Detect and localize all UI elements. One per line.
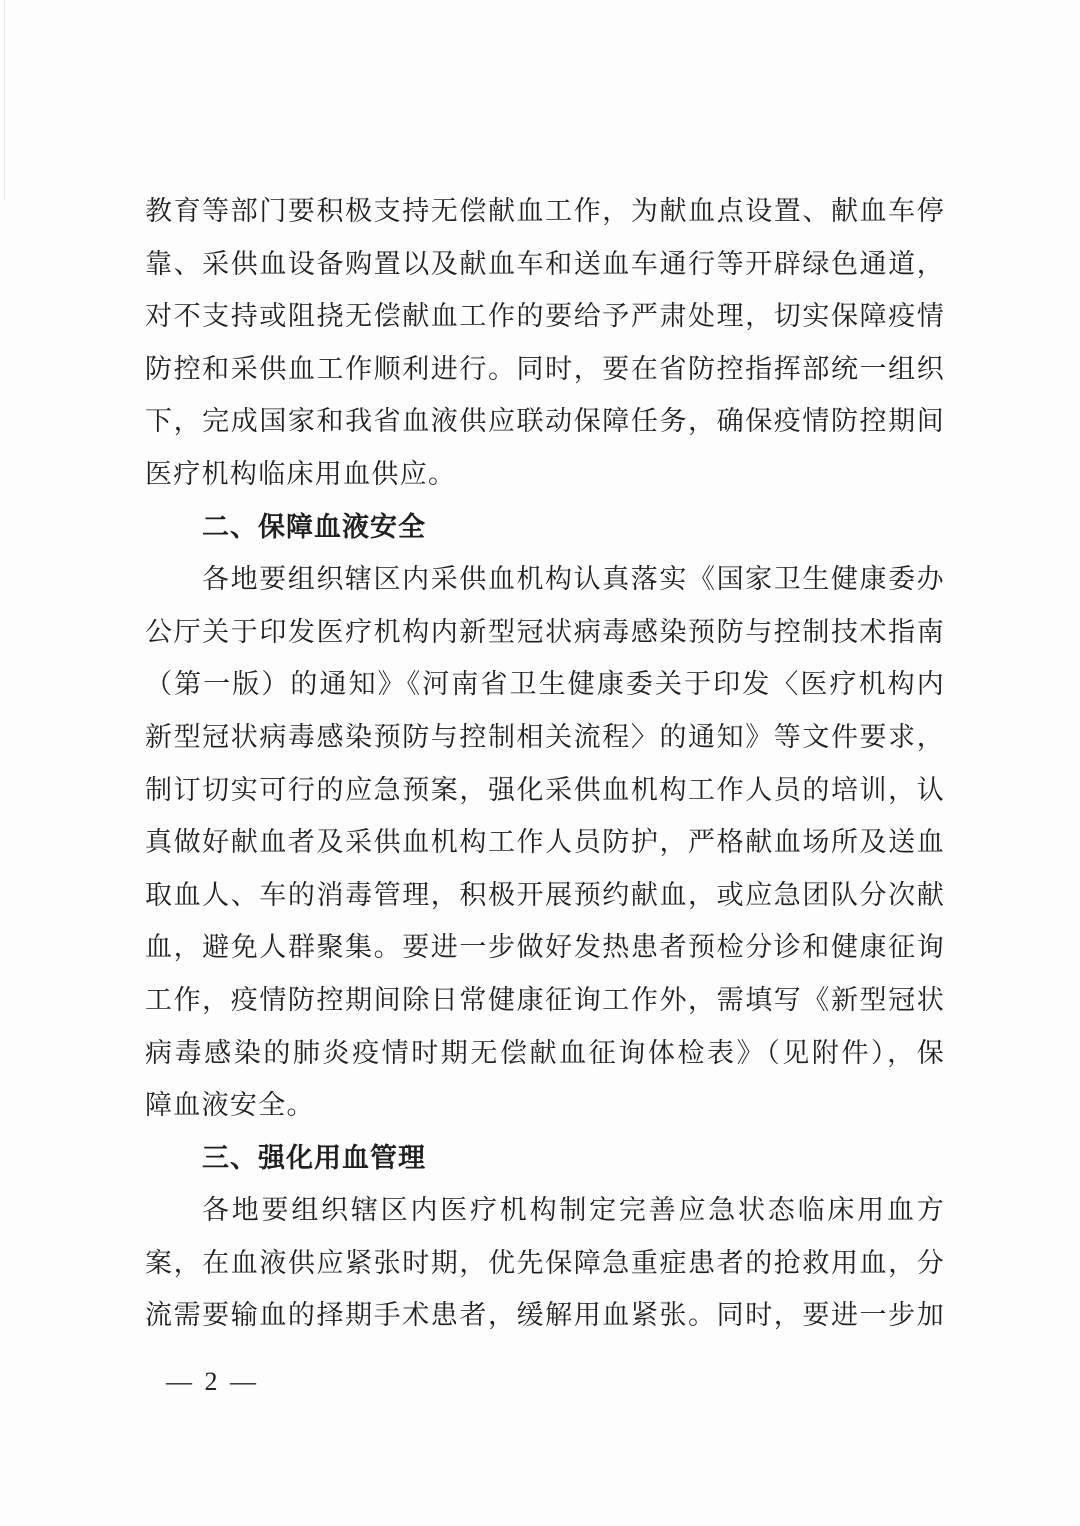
page-number: — 2 — bbox=[166, 1367, 259, 1397]
text-line: 靠、采供血设备购置以及献血车和送血车通行等开辟绿色通道， bbox=[145, 239, 945, 292]
text-line: 下，完成国家和我省血液供应联动保障任务，确保疫情防控期间 bbox=[145, 396, 945, 449]
document-body: 教育等部门要积极支持无偿献血工作，为献血点设置、献血车停 靠、采供血设备购置以及… bbox=[145, 186, 945, 1343]
paragraph-continuation: 教育等部门要积极支持无偿献血工作，为献血点设置、献血车停 靠、采供血设备购置以及… bbox=[145, 186, 945, 502]
text-line: 制订切实可行的应急预案，强化采供血机构工作人员的培训，认 bbox=[145, 765, 945, 818]
text-line: 防控和采供血工作顺利进行。同时，要在省防控指挥部统一组织 bbox=[145, 344, 945, 397]
text-line: 对不支持或阻挠无偿献血工作的要给予严肃处理，切实保障疫情 bbox=[145, 291, 945, 344]
section-heading: 二、保障血液安全 bbox=[145, 502, 945, 555]
text-line: （第一版）的通知》《河南省卫生健康委关于印发〈医疗机构内 bbox=[145, 659, 945, 712]
text-line: 真做好献血者及采供血机构工作人员防护，严格献血场所及送血 bbox=[145, 817, 945, 870]
text-line: 流需要输血的择期手术患者，缓解用血紧张。同时，要进一步加 bbox=[145, 1290, 945, 1343]
section-heading: 三、强化用血管理 bbox=[145, 1133, 945, 1186]
text-line: 新型冠状病毒感染预防与控制相关流程〉的通知》等文件要求， bbox=[145, 712, 945, 765]
document-page: 教育等部门要积极支持无偿献血工作，为献血点设置、献血车停 靠、采供血设备购置以及… bbox=[0, 0, 1080, 1526]
text-line: 各地要组织辖区内医疗机构制定完善应急状态临床用血方 bbox=[145, 1185, 945, 1238]
section-blood-use-management: 三、强化用血管理 各地要组织辖区内医疗机构制定完善应急状态临床用血方 案，在血液… bbox=[145, 1133, 945, 1343]
text-line: 公厅关于印发医疗机构内新型冠状病毒感染预防与控制技术指南 bbox=[145, 607, 945, 660]
text-line: 各地要组织辖区内采供血机构认真落实《国家卫生健康委办 bbox=[145, 554, 945, 607]
text-line: 病毒感染的肺炎疫情时期无偿献血征询体检表》（见附件），保 bbox=[145, 1028, 945, 1081]
section-blood-safety: 二、保障血液安全 各地要组织辖区内采供血机构认真落实《国家卫生健康委办 公厅关于… bbox=[145, 502, 945, 1133]
text-line: 案，在血液供应紧张时期，优先保障急重症患者的抢救用血，分 bbox=[145, 1238, 945, 1291]
text-line: 教育等部门要积极支持无偿献血工作，为献血点设置、献血车停 bbox=[145, 186, 945, 239]
text-line: 取血人、车的消毒管理，积极开展预约献血，或应急团队分次献 bbox=[145, 870, 945, 923]
text-line: 工作，疫情防控期间除日常健康征询工作外，需填写《新型冠状 bbox=[145, 975, 945, 1028]
text-line: 医疗机构临床用血供应。 bbox=[145, 449, 945, 502]
text-line: 障血液安全。 bbox=[145, 1080, 945, 1133]
text-line: 血，避免人群聚集。要进一步做好发热患者预检分诊和健康征询 bbox=[145, 922, 945, 975]
scan-edge-line bbox=[4, 0, 5, 200]
